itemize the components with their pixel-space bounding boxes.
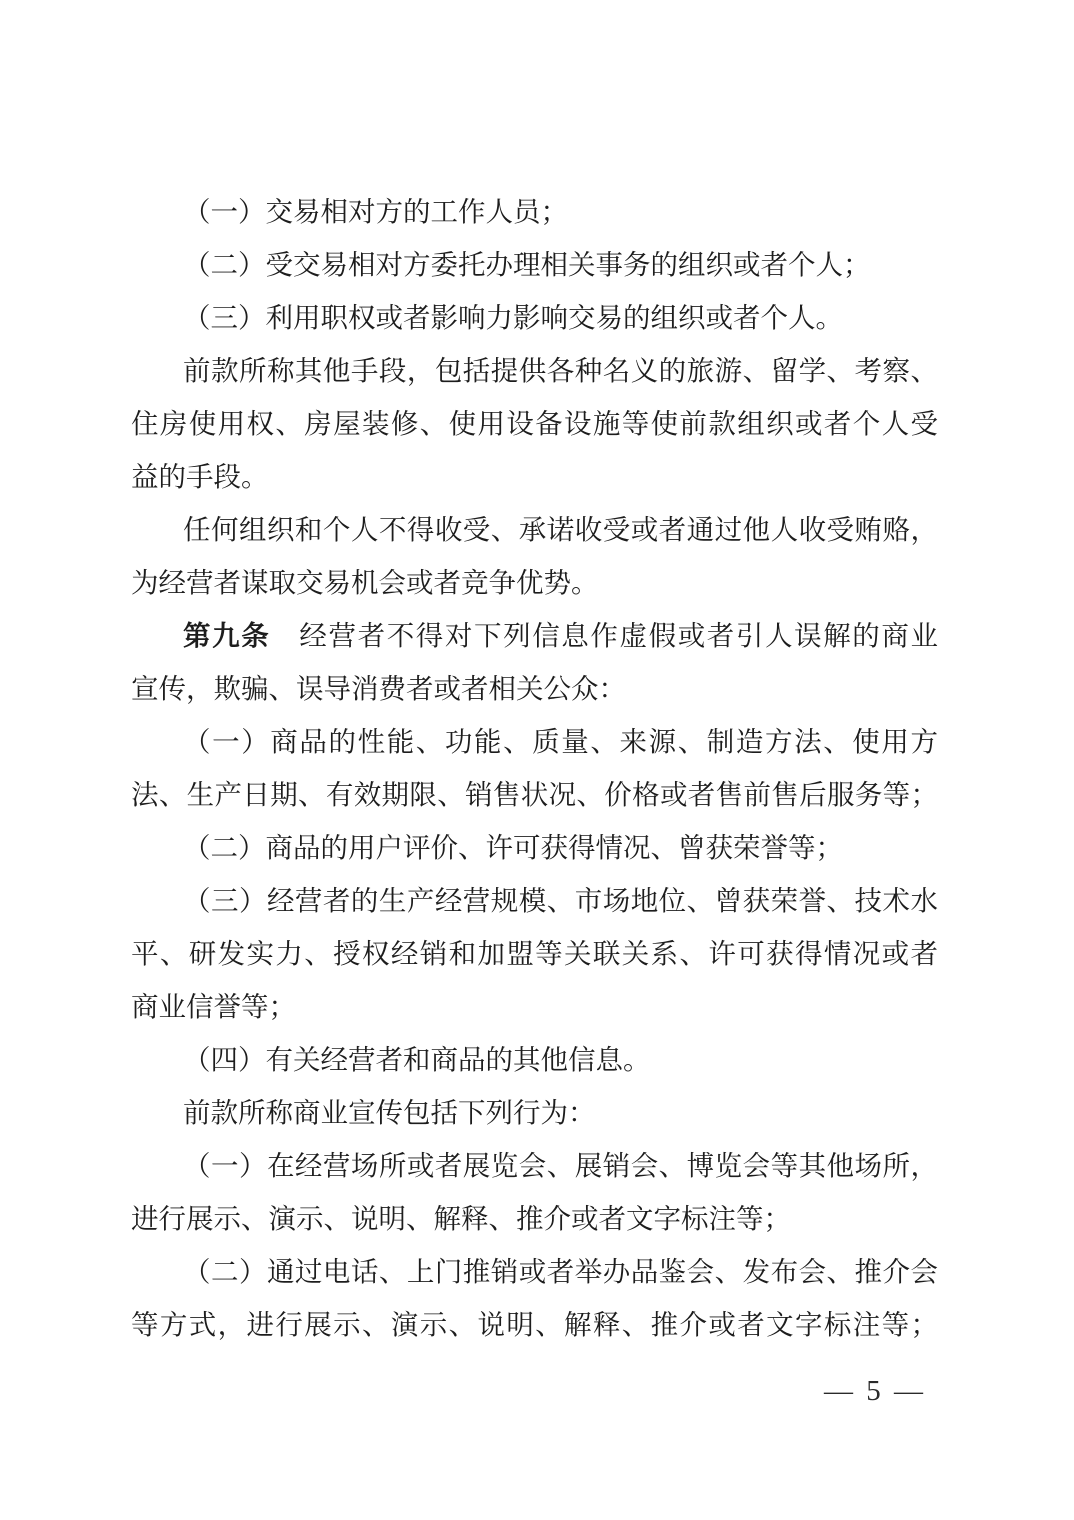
body-line: 益的手段。 bbox=[131, 450, 938, 503]
body-line: （一）交易相对方的工作人员； bbox=[131, 185, 938, 238]
page-number: — 5 — bbox=[824, 1374, 926, 1408]
article-number: 第九条 bbox=[183, 620, 270, 651]
body-line: 第九条 经营者不得对下列信息作虚假或者引人误解的商业 bbox=[131, 609, 938, 662]
body-line: （一）商品的性能、功能、质量、来源、制造方法、使用方 bbox=[131, 715, 938, 768]
body-line: （一）在经营场所或者展览会、展销会、博览会等其他场所， bbox=[131, 1139, 938, 1192]
document-body: （一）交易相对方的工作人员；（二）受交易相对方委托办理相关事务的组织或者个人；（… bbox=[131, 185, 938, 1351]
body-line: （三）经营者的生产经营规模、市场地位、曾获荣誉、技术水 bbox=[131, 874, 938, 927]
document-page: （一）交易相对方的工作人员；（二）受交易相对方委托办理相关事务的组织或者个人；（… bbox=[0, 0, 1074, 1520]
body-line: （四）有关经营者和商品的其他信息。 bbox=[131, 1033, 938, 1086]
body-line: （二）通过电话、上门推销或者举办品鉴会、发布会、推介会 bbox=[131, 1245, 938, 1298]
body-line: 商业信誉等； bbox=[131, 980, 938, 1033]
body-line: 法、生产日期、有效期限、销售状况、价格或者售前售后服务等； bbox=[131, 768, 938, 821]
body-line: 宣传，欺骗、误导消费者或者相关公众： bbox=[131, 662, 938, 715]
body-line: 进行展示、演示、说明、解释、推介或者文字标注等； bbox=[131, 1192, 938, 1245]
body-line: （二）受交易相对方委托办理相关事务的组织或者个人； bbox=[131, 238, 938, 291]
body-line: 前款所称其他手段，包括提供各种名义的旅游、留学、考察、 bbox=[131, 344, 938, 397]
body-line: 任何组织和个人不得收受、承诺收受或者通过他人收受贿赂， bbox=[131, 503, 938, 556]
body-line: 为经营者谋取交易机会或者竞争优势。 bbox=[131, 556, 938, 609]
body-line: 住房使用权、房屋装修、使用设备设施等使前款组织或者个人受 bbox=[131, 397, 938, 450]
body-line: 前款所称商业宣传包括下列行为： bbox=[131, 1086, 938, 1139]
body-line: （二）商品的用户评价、许可获得情况、曾获荣誉等； bbox=[131, 821, 938, 874]
body-line: （三）利用职权或者影响力影响交易的组织或者个人。 bbox=[131, 291, 938, 344]
body-line: 平、研发实力、授权经销和加盟等关联关系、许可获得情况或者 bbox=[131, 927, 938, 980]
body-line: 等方式，进行展示、演示、说明、解释、推介或者文字标注等； bbox=[131, 1298, 938, 1351]
